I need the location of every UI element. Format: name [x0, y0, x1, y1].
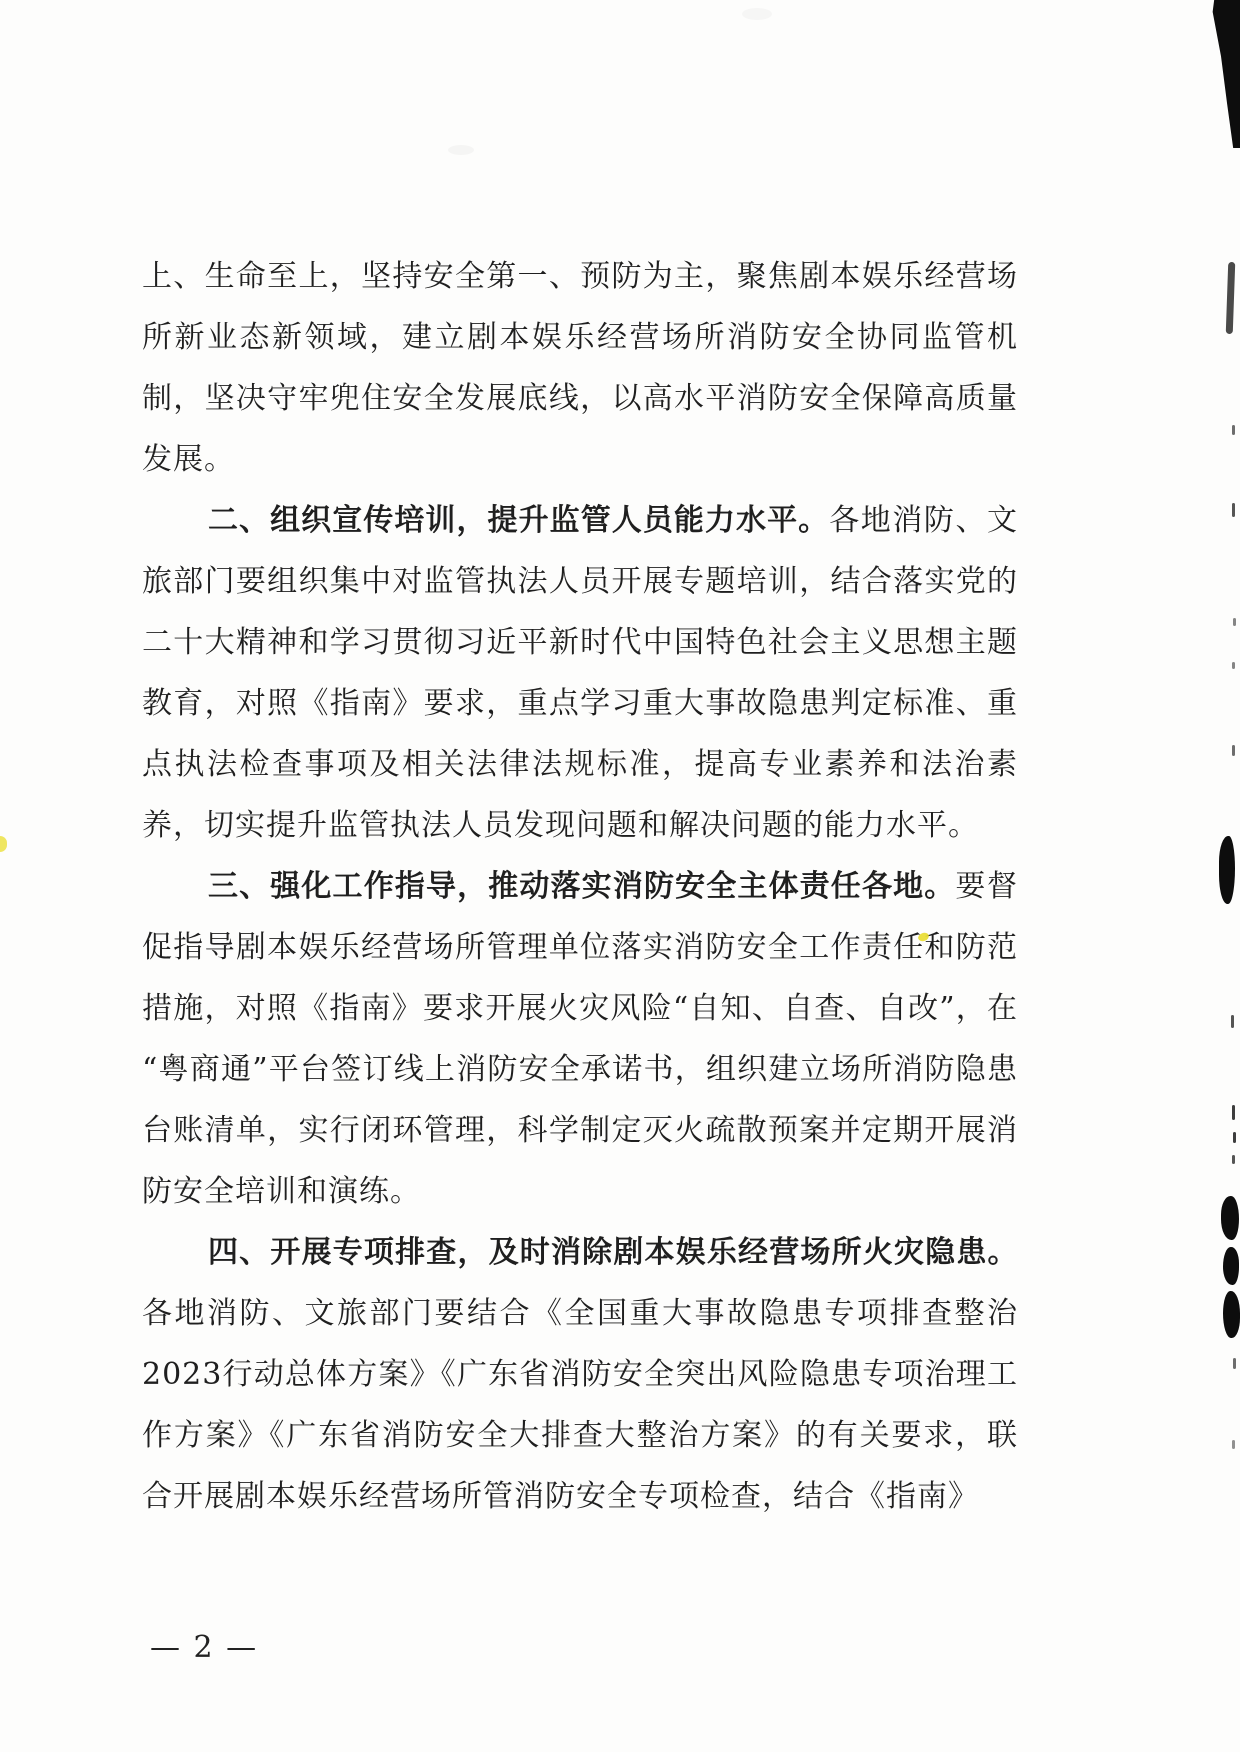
- scan-mark-speck: [1231, 1015, 1234, 1028]
- scan-mark-blob: [1221, 1196, 1239, 1240]
- section-heading-3: 三、强化工作指导，推动落实消防安全主体责任各地。: [208, 869, 955, 904]
- scan-mark-blob: [1219, 836, 1235, 904]
- scan-mark-speck: [1232, 662, 1235, 669]
- section-heading-2: 二、组织宣传培训，提升监管人员能力水平。: [208, 503, 829, 538]
- scan-mark-smudge: [448, 145, 474, 155]
- scan-mark-speck: [1233, 1358, 1236, 1369]
- paragraph-text: 各地消防、文旅部门要结合《全国重大事故隐患专项排查整治2023行动总体方案》《广…: [142, 1296, 1018, 1514]
- scan-mark-speck: [1232, 503, 1235, 517]
- scan-mark-speck: [1233, 618, 1236, 626]
- scan-mark-speck: [1232, 425, 1235, 435]
- paragraph-section-4: 四、开展专项排查，及时消除剧本娱乐经营场所火灾隐患。各地消防、文旅部门要结合《全…: [142, 1222, 1018, 1527]
- scan-mark-speck: [1232, 745, 1235, 756]
- scan-mark-speck: [1233, 1132, 1236, 1143]
- scan-mark-blob: [1223, 1247, 1239, 1285]
- scan-mark-speck: [1232, 1155, 1235, 1164]
- paragraph-section-2: 二、组织宣传培训，提升监管人员能力水平。各地消防、文旅部门要组织集中对监管执法人…: [142, 490, 1018, 856]
- scan-mark-speck: [1232, 1105, 1235, 1120]
- scanned-document-page: 上、生命至上，坚持安全第一、预防为主，聚焦剧本娱乐经营场所新业态新领域，建立剧本…: [0, 0, 1240, 1752]
- highlight-edge-mark: [0, 836, 7, 852]
- paragraph-continuation: 上、生命至上，坚持安全第一、预防为主，聚焦剧本娱乐经营场所新业态新领域，建立剧本…: [142, 246, 1018, 490]
- scan-mark-streak: [1226, 262, 1236, 334]
- scan-mark-smudge: [742, 8, 772, 20]
- scan-mark-speck: [1232, 1440, 1235, 1449]
- paragraph-section-3: 三、强化工作指导，推动落实消防安全主体责任各地。要督促指导剧本娱乐经营场所管理单…: [142, 856, 1018, 1222]
- paragraph-text: 要督促指导剧本娱乐经营场所管理单位落实消防安全工作责任和防范措施，对照《指南》要…: [142, 869, 1018, 1209]
- scan-mark-corner-wedge: [1202, 0, 1240, 148]
- page-number: — 2 —: [150, 1630, 258, 1665]
- paragraph-text: 各地消防、文旅部门要组织集中对监管执法人员开展专题培训，结合落实党的二十大精神和…: [142, 503, 1018, 843]
- section-heading-4: 四、开展专项排查，及时消除剧本娱乐经营场所火灾隐患。: [208, 1235, 1018, 1270]
- paragraph-text: 上、生命至上，坚持安全第一、预防为主，聚焦剧本娱乐经营场所新业态新领域，建立剧本…: [142, 259, 1018, 477]
- scan-mark-blob: [1223, 1291, 1240, 1338]
- document-body: 上、生命至上，坚持安全第一、预防为主，聚焦剧本娱乐经营场所新业态新领域，建立剧本…: [142, 246, 1018, 1527]
